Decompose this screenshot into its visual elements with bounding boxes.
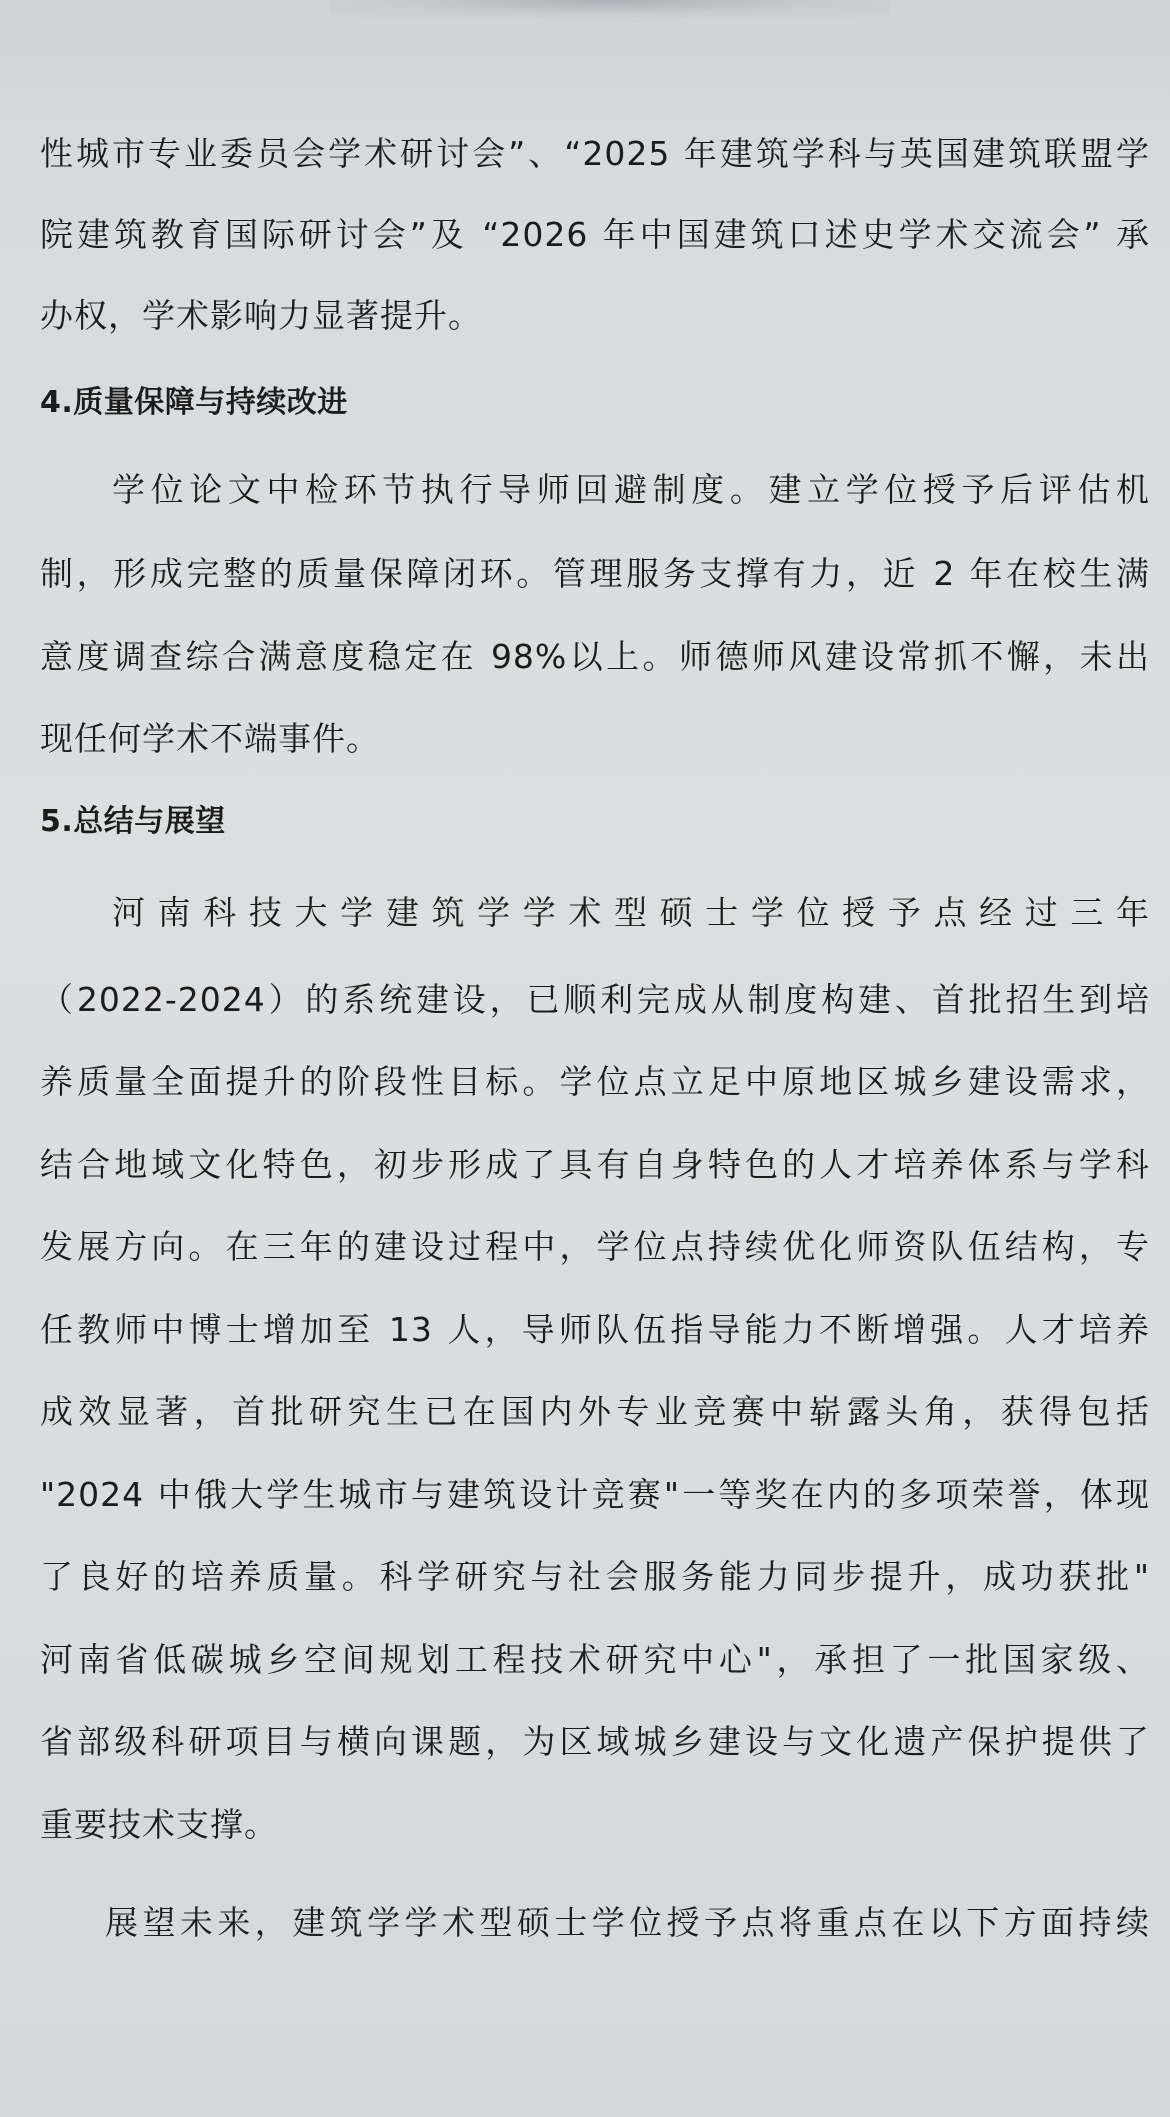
- paragraph-line: 河南科技大学建筑学学术型硕士学位授予点经过三年: [112, 893, 1150, 933]
- paragraph-line: 制，形成完整的质量保障闭环。管理服务支撑有力，近 2 年在校生满: [40, 554, 1150, 594]
- paragraph-line: 成效显著，首批研究生已在国内外专业竞赛中崭露头角，获得包括: [40, 1392, 1150, 1432]
- paragraph-line: （2022-2024）的系统建设，已顺利完成从制度构建、首批招生到培: [40, 980, 1150, 1020]
- paragraph-line: 了良好的培养质量。科学研究与社会服务能力同步提升，成功获批": [40, 1557, 1150, 1597]
- paragraph-line: 结合地域文化特色，初步形成了具有自身特色的人才培养体系与学科: [40, 1145, 1150, 1185]
- paragraph-line: 省部级科研项目与横向课题，为区域城乡建设与文化遗产保护提供了: [40, 1722, 1150, 1762]
- section-heading-5: 5.总结与展望: [40, 802, 226, 842]
- paragraph-line: "2024 中俄大学生城市与建筑设计竞赛"一等奖在内的多项荣誉，体现: [40, 1475, 1150, 1515]
- paragraph-line: 养质量全面提升的阶段性目标。学位点立足中原地区城乡建设需求，: [40, 1062, 1150, 1102]
- paragraph-line: 任教师中博士增加至 13 人，导师队伍指导能力不断增强。人才培养: [40, 1310, 1150, 1350]
- paragraph-line: 性城市专业委员会学术研讨会”、“2025 年建筑学科与英国建筑联盟学: [40, 134, 1150, 174]
- outlook-line: 展望未来，建筑学学术型硕士学位授予点将重点在以下方面持续: [105, 1903, 1150, 1943]
- paragraph-line: 现任何学术不端事件。: [40, 719, 1150, 759]
- paragraph-line: 意度调查综合满意度稳定在 98%以上。师德师风建设常抓不懈，未出: [40, 637, 1150, 677]
- paragraph-line: 发展方向。在三年的建设过程中，学位点持续优化师资队伍结构，专: [40, 1227, 1150, 1267]
- paragraph-line: 河南省低碳城乡空间规划工程技术研究中心"，承担了一批国家级、: [40, 1640, 1150, 1680]
- paragraph-line: 院建筑教育国际研讨会”及 “2026 年中国建筑口述史学术交流会” 承: [40, 215, 1150, 255]
- paragraph-line: 重要技术支撑。: [40, 1805, 1150, 1845]
- paragraph-line: 学位论文中检环节执行导师回避制度。建立学位授予后评估机: [112, 470, 1150, 510]
- paragraph-line: 办权，学术影响力显著提升。: [40, 296, 1150, 336]
- section-heading-4: 4.质量保障与持续改进: [40, 383, 348, 423]
- document-page: 性城市专业委员会学术研讨会”、“2025 年建筑学科与英国建筑联盟学 院建筑教育…: [0, 0, 1170, 2117]
